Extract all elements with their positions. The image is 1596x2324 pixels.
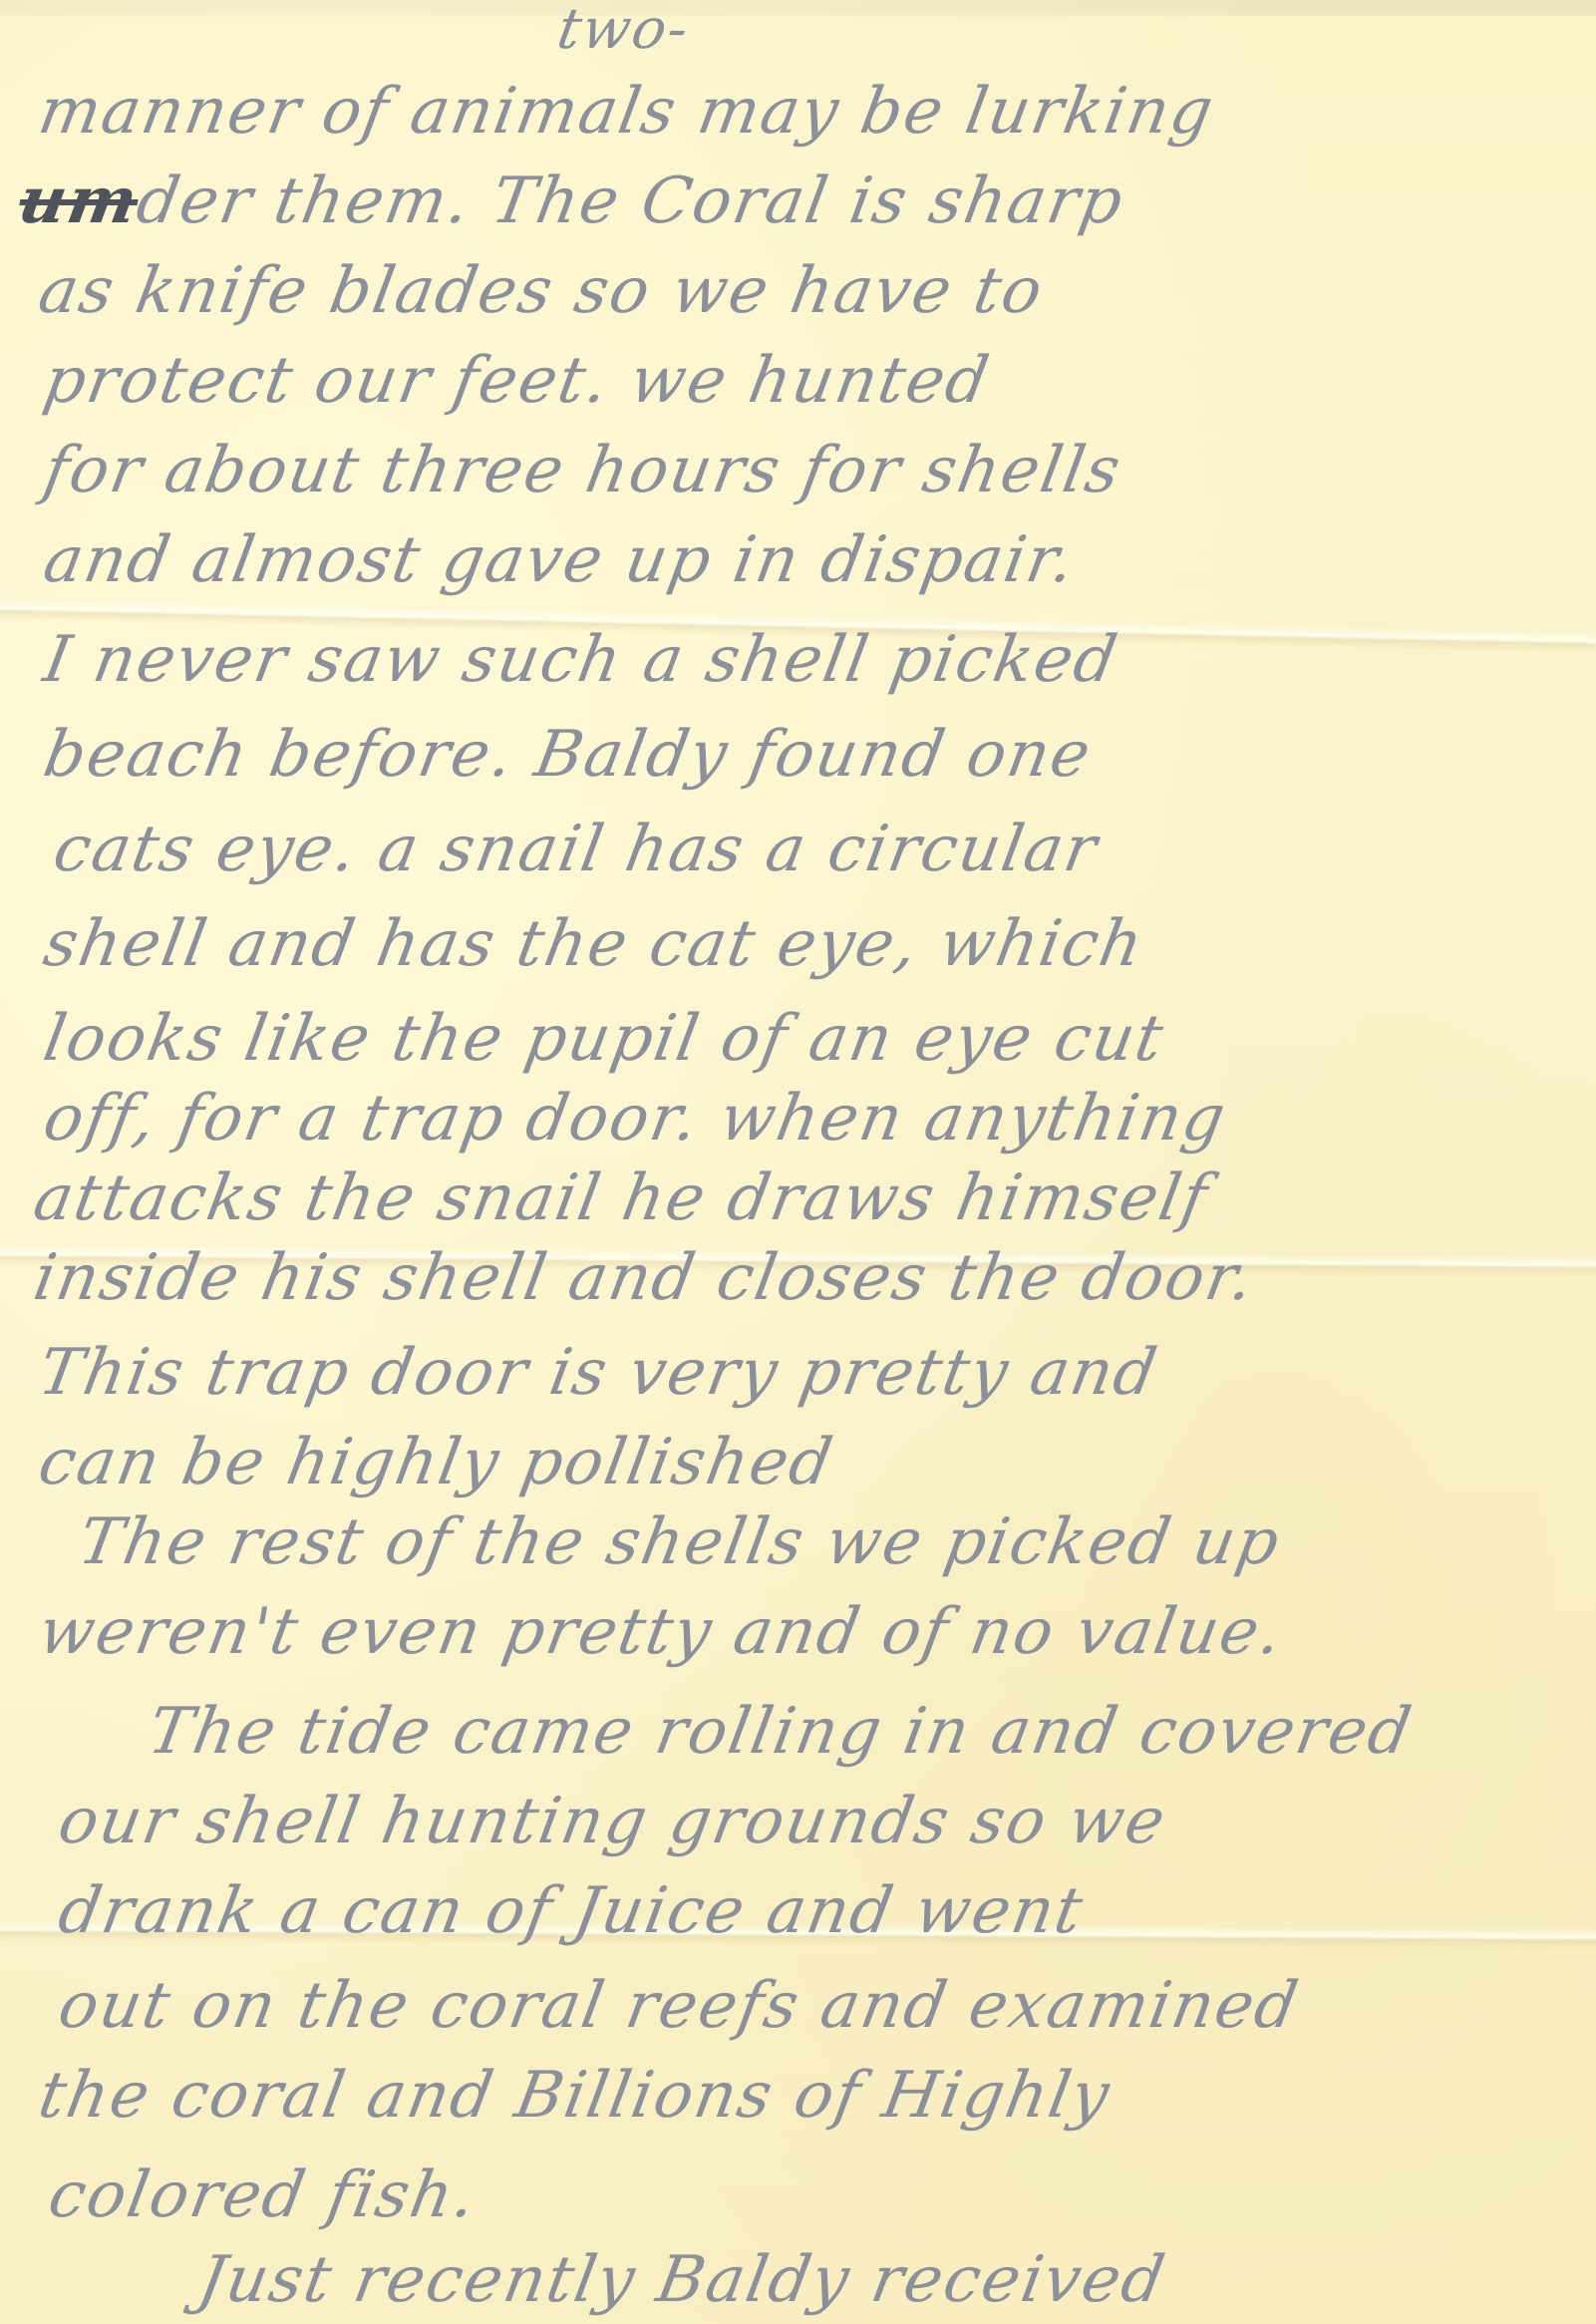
letter-line: attacks the snail he draws himself <box>29 1166 1213 1230</box>
letter-line: beach before. Baldy found one <box>39 723 1097 787</box>
letter-line: drank a can of Juice and went <box>54 1879 1089 1943</box>
letter-line: protect our feet. we hunted <box>39 349 995 413</box>
letter-line-text: der them. The Coral is sharp <box>132 165 1130 238</box>
letter-line: looks like the pupil of an eye cut <box>39 1007 1169 1071</box>
letter-line: as knife blades so we have to <box>34 259 1048 323</box>
letter-line: Just recently Baldy received <box>193 2248 1170 2312</box>
letter-line: This trap door is very pretty and <box>34 1341 1162 1405</box>
letter-line: weren't even pretty and of no value. <box>34 1600 1288 1664</box>
letter-line: the coral and Billions of Highly <box>34 2064 1116 2128</box>
letter-line: umder them. The Coral is sharp <box>14 169 1128 233</box>
letter-line: shell and has the cat eye, which <box>39 912 1148 976</box>
letter-line: can be highly pollished <box>34 1431 838 1494</box>
letter-line: The rest of the shells we picked up <box>74 1510 1285 1574</box>
letter-line: for about three hours for shells <box>39 439 1126 502</box>
letter-line: The tide came rolling in and covered <box>144 1700 1417 1764</box>
letter-line: our shell hunting grounds so we <box>54 1790 1171 1853</box>
letter-line: and almost gave up in dispair. <box>39 528 1081 592</box>
page-heading: two- <box>553 2 694 58</box>
letter-page: two- manner of animals may be lurking um… <box>0 0 1596 2324</box>
letter-line: cats eye. a snail has a circular <box>49 818 1103 881</box>
struck-text: um <box>13 164 144 238</box>
letter-line: off, for a trap door. when anything <box>39 1087 1231 1151</box>
letter-line: manner of animals may be lurking <box>34 80 1219 144</box>
letter-line: colored fish. <box>44 2163 481 2227</box>
letter-line: out on the coral reefs and examined <box>54 1974 1304 2038</box>
letter-line: I never saw such a shell picked <box>39 628 1122 692</box>
letter-line: inside his shell and closes the door. <box>29 1246 1259 1310</box>
